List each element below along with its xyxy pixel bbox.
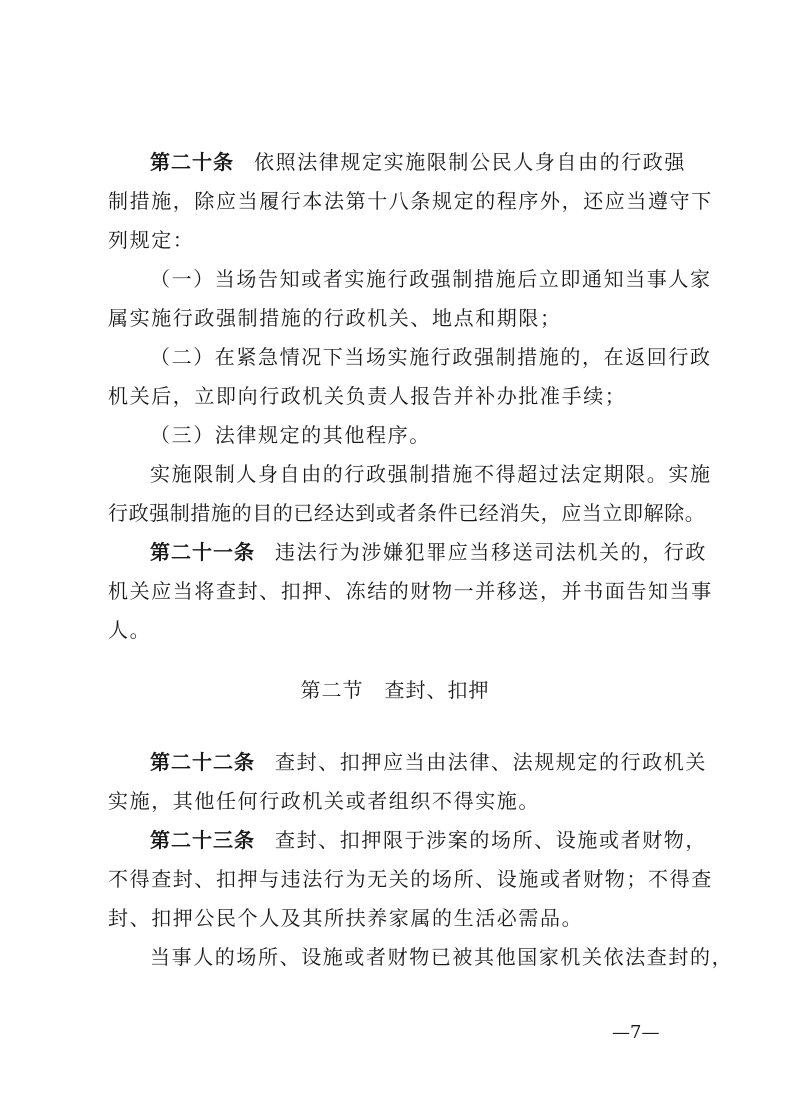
text-line: 行政强制措施的目的已经达到或者条件已经消失，应当立即解除。	[108, 501, 708, 525]
paragraph-text: 查封、扣押限于涉案的场所、设施或者财物，	[275, 828, 707, 852]
article-label: 第二十一条	[150, 540, 255, 564]
article-label: 第二十二条	[150, 750, 255, 774]
text-line: 制措施，除应当履行本法第十八条规定的程序外，还应当遵守下	[108, 189, 708, 213]
list-item-3: （三）法律规定的其他程序。	[150, 423, 750, 447]
article-23-line-1: 第二十三条查封、扣押限于涉案的场所、设施或者财物，	[150, 828, 750, 852]
text-line: 列规定：	[108, 228, 708, 252]
page-number: —7—	[612, 1022, 659, 1044]
text-line: 人。	[108, 618, 708, 642]
paragraph-line: 当事人的场所、设施或者财物已被其他国家机关依法查封的，	[150, 945, 750, 969]
article-22-line-1: 第二十二条查封、扣押应当由法律、法规规定的行政机关	[150, 750, 750, 774]
text-line: 机关后，立即向行政机关负责人报告并补办批准手续；	[108, 384, 708, 408]
text-line: 实施，其他任何行政机关或者组织不得实施。	[108, 789, 708, 813]
paragraph-line: 实施限制人身自由的行政强制措施不得超过法定期限。实施	[150, 462, 750, 486]
text-line: 不得查封、扣押与违法行为无关的场所、设施或者财物；不得查	[108, 867, 708, 891]
document-page: 第二十条依照法律规定实施限制公民人身自由的行政强 制措施，除应当履行本法第十八条…	[0, 0, 790, 1118]
paragraph-text: 违法行为涉嫌犯罪应当移送司法机关的，行政	[275, 540, 707, 564]
text-line: 机关应当将查封、扣押、冻结的财物一并移送，并书面告知当事	[108, 579, 708, 603]
article-20-line-1: 第二十条依照法律规定实施限制公民人身自由的行政强	[150, 150, 750, 174]
text-line: 属实施行政强制措施的行政机关、地点和期限；	[108, 306, 708, 330]
article-label: 第二十条	[150, 150, 234, 174]
article-21-line-1: 第二十一条违法行为涉嫌犯罪应当移送司法机关的，行政	[150, 540, 750, 564]
text-line: 封、扣押公民个人及其所扶养家属的生活必需品。	[108, 906, 708, 930]
list-item-2: （二）在紧急情况下当场实施行政强制措施的，在返回行政	[150, 345, 750, 369]
paragraph-text: 依照法律规定实施限制公民人身自由的行政强	[254, 150, 686, 174]
article-label: 第二十三条	[150, 828, 255, 852]
paragraph-text: 查封、扣押应当由法律、法规规定的行政机关	[275, 750, 707, 774]
section-heading: 第二节 查封、扣押	[0, 678, 790, 702]
list-item-1: （一）当场告知或者实施行政强制措施后立即通知当事人家	[150, 267, 750, 291]
